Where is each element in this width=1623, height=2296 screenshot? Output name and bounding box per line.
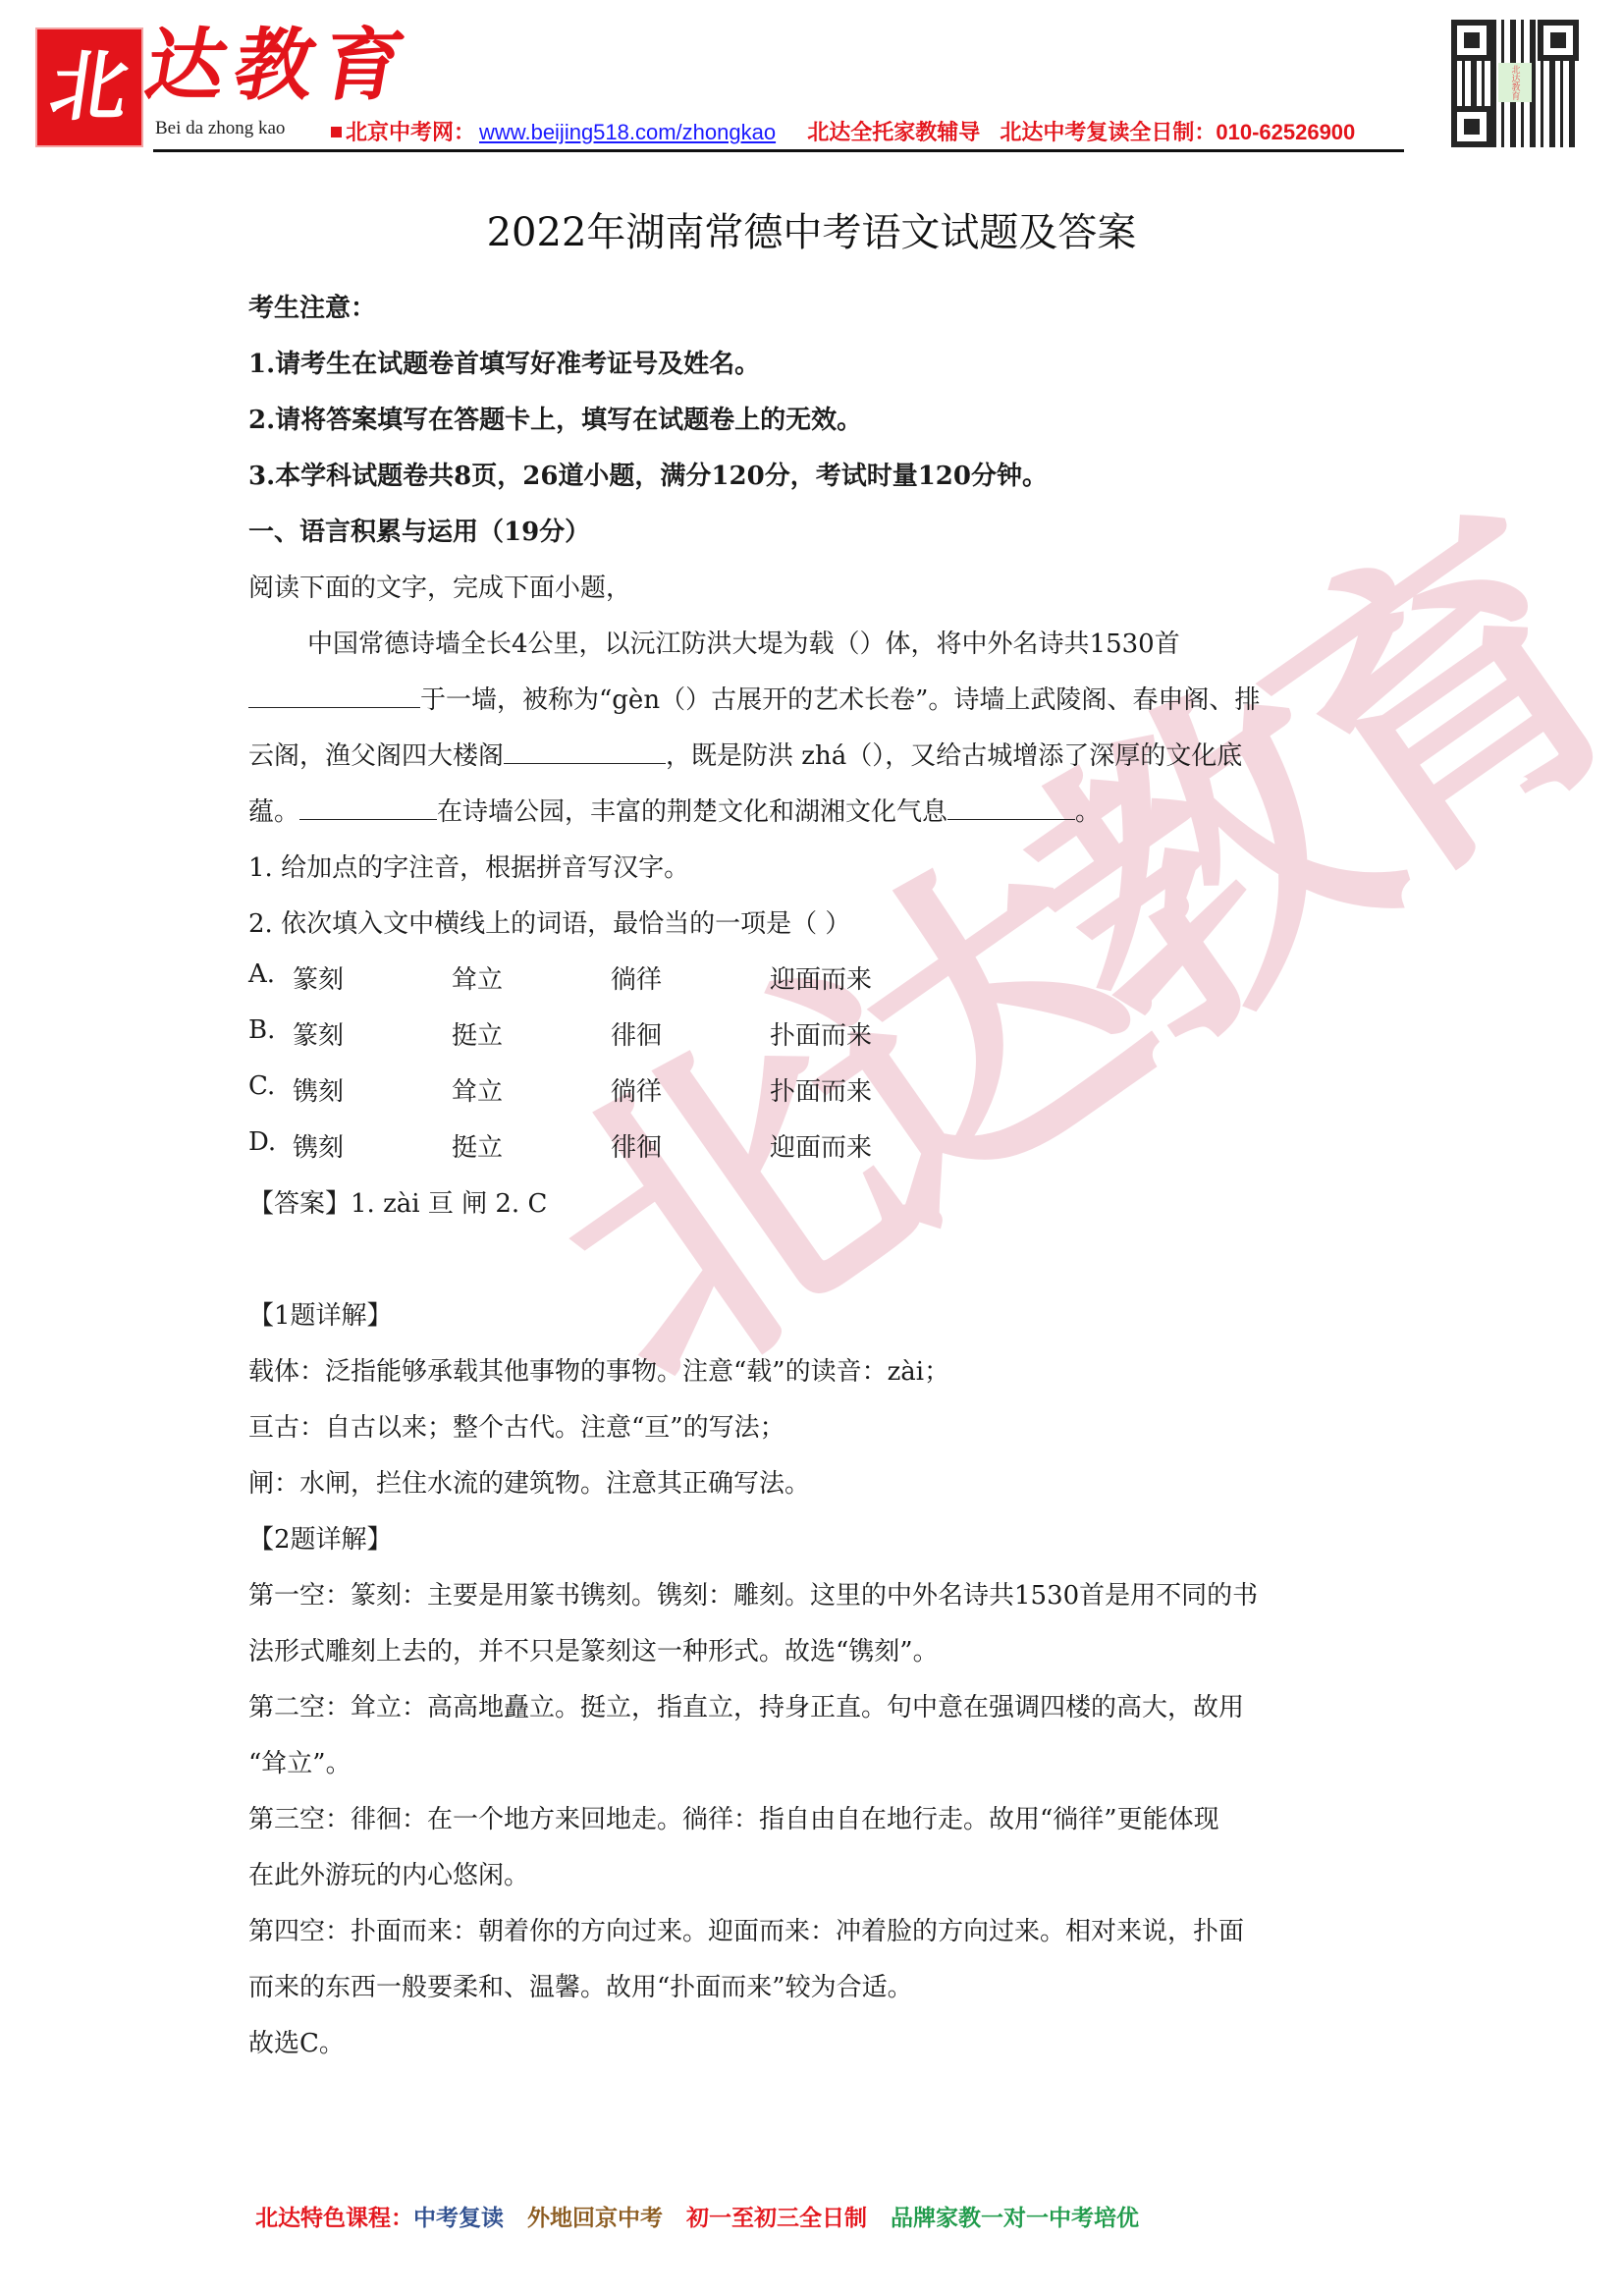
passage-text: 云阁，渔父阁四大楼阁 [248,741,504,771]
explain-1-heading: 【1题详解】 [248,1295,393,1332]
section-heading: 一、语言积累与运用（19分） [248,512,590,548]
logo-subtitle: Bei da zhong kao [155,118,285,139]
answer-line: 【答案】1. zài 亘 闸 2. C [248,1183,547,1220]
option-word: 镌刻 [293,1071,344,1108]
explain-2-line: 第四空：扑面而来：朝着你的方向过来。迎面而来：冲着脸的方向过来。相对来说，扑面 [248,1911,1244,1947]
qr-finder-icon [1538,20,1579,61]
option-word: 扑面而来 [770,1071,872,1108]
logo-mark-text: 北 [46,49,134,126]
explain-2-line: 法形式雕刻上去的，并不只是篆刻这一种形式。故选“镌刻”。 [248,1631,939,1667]
footer-course: 初一至初三全日制 [686,2205,867,2230]
explain-2-line: 在此外游玩的内心悠闲。 [248,1855,529,1891]
explain-2-line: 第二空：耸立：高高地矗立。挺立，指直立，持身正直。句中意在强调四楼的高大，故用 [248,1687,1244,1723]
question-2: 2. 依次填入文中横线上的词语，最恰当的一项是（ ） [248,903,850,940]
passage-text: 于一墙，被称为“gèn（）古展开的艺术长卷”。诗墙上武陵阁、春申阁、排 [420,685,1260,715]
explain-2-line: 故选C。 [248,2023,345,2059]
footer-label: 北达特色课程： [255,2205,413,2230]
qr-finder-icon [1451,106,1492,147]
option-word: 徘徊 [611,1127,662,1164]
promo-tutoring: 北达全托家教辅导 [807,120,980,144]
site-label: 北京中考网： [346,120,475,144]
option-word: 迎面而来 [770,1127,872,1164]
fill-blank-3[interactable] [299,797,437,820]
explain-2-heading: 【2题详解】 [248,1519,393,1556]
option-word: 耸立 [452,959,503,996]
site-link[interactable]: www.beijing518.com/zhongkao [479,120,776,144]
passage-line: 于一墙，被称为“gèn（）古展开的艺术长卷”。诗墙上武陵阁、春申阁、排 [248,680,1260,716]
document-title: 2022年湖南常德中考语文试题及答案 [0,201,1623,257]
fill-blank-1[interactable] [248,685,420,708]
notice-item: 1.请考生在试题卷首填写好准考证号及姓名。 [248,344,760,380]
qr-code-icon: 北达教育 [1451,20,1579,147]
passage-text: ，既是防洪 zhá（），又给古城增添了深厚的文化底 [666,741,1242,771]
explain-1-line: 载体：泛指能够承载其他事物的事物。注意“载”的读音：zài； [248,1351,949,1388]
option-label: D. [248,1127,276,1157]
option-word: 徜徉 [611,959,662,996]
explain-2-line: 而来的东西一般要柔和、温馨。故用“扑面而来”较为合适。 [248,1967,913,2003]
footer-course: 外地回京中考 [527,2205,663,2230]
qr-finder-icon [1451,20,1492,61]
header-divider [153,149,1404,152]
fill-blank-4[interactable] [947,797,1075,820]
explain-2-line: 第一空：篆刻：主要是用篆书镌刻。镌刻：雕刻。这里的中外名诗共1530首是用不同的… [248,1575,1258,1612]
explain-1-line: 亘古：自古以来；整个古代。注意“亘”的写法； [248,1407,785,1444]
explain-2-line: “耸立”。 [248,1743,352,1779]
option-word: 迎面而来 [770,959,872,996]
option-word: 徜徉 [611,1071,662,1108]
option-word: 扑面而来 [770,1015,872,1052]
logo-mark: 北 [37,29,141,145]
option-word: 挺立 [452,1127,503,1164]
promo-phone: 北达中考复读全日制：010-62526900 [1000,120,1355,144]
notice-item: 3.本学科试题卷共8页，26道小题，满分120分，考试时量120分钟。 [248,456,1048,492]
footer-course: 品牌家教一对一中考培优 [891,2205,1139,2230]
footer-course: 中考复读 [413,2205,504,2230]
logo-title: 达教育 [140,26,419,104]
page-footer: 北达特色课程：中考复读外地回京中考初一至初三全日制品牌家教一对一中考培优 [255,2200,1163,2232]
passage-text: 在诗墙公园，丰富的荆楚文化和湖湘文化气息 [437,797,947,827]
question-1: 1. 给加点的字注音，根据拼音写汉字。 [248,847,689,884]
option-word: 挺立 [452,1015,503,1052]
explain-1-line: 闸：水闸，拦住水流的建筑物。注意其正确写法。 [248,1463,810,1500]
option-word: 篆刻 [293,959,344,996]
explain-2-line: 第三空：徘徊：在一个地方来回地走。徜徉：指自由自在地行走。故用“徜徉”更能体现 [248,1799,1219,1835]
notice-heading: 考生注意： [248,288,376,324]
passage-line: 中国常德诗墙全长4公里，以沅江防洪大堤为载（）体，将中外名诗共1530首 [307,624,1180,660]
header-info-row: 北京中考网：www.beijing518.com/zhongkao 北达全托家教… [331,116,1355,146]
notice-item: 2.请将答案填写在答题卡上，填写在试题卷上的无效。 [248,400,862,436]
option-word: 徘徊 [611,1015,662,1052]
passage-line: 蕴。在诗墙公园，丰富的荆楚文化和湖湘文化气息。 [248,792,1101,828]
option-label: A. [248,959,275,989]
qr-center-logo: 北达教育 [1498,63,1532,102]
instruction: 阅读下面的文字，完成下面小题， [248,568,631,604]
fill-blank-2[interactable] [504,741,666,764]
option-label: C. [248,1071,275,1101]
option-word: 耸立 [452,1071,503,1108]
passage-text: 。 [1075,797,1101,827]
bullet-square-icon [331,127,342,137]
passage-text: 蕴。 [248,797,299,827]
option-word: 篆刻 [293,1015,344,1052]
option-label: B. [248,1015,275,1045]
option-word: 镌刻 [293,1127,344,1164]
passage-line: 云阁，渔父阁四大楼阁，既是防洪 zhá（），又给古城增添了深厚的文化底 [248,736,1242,772]
